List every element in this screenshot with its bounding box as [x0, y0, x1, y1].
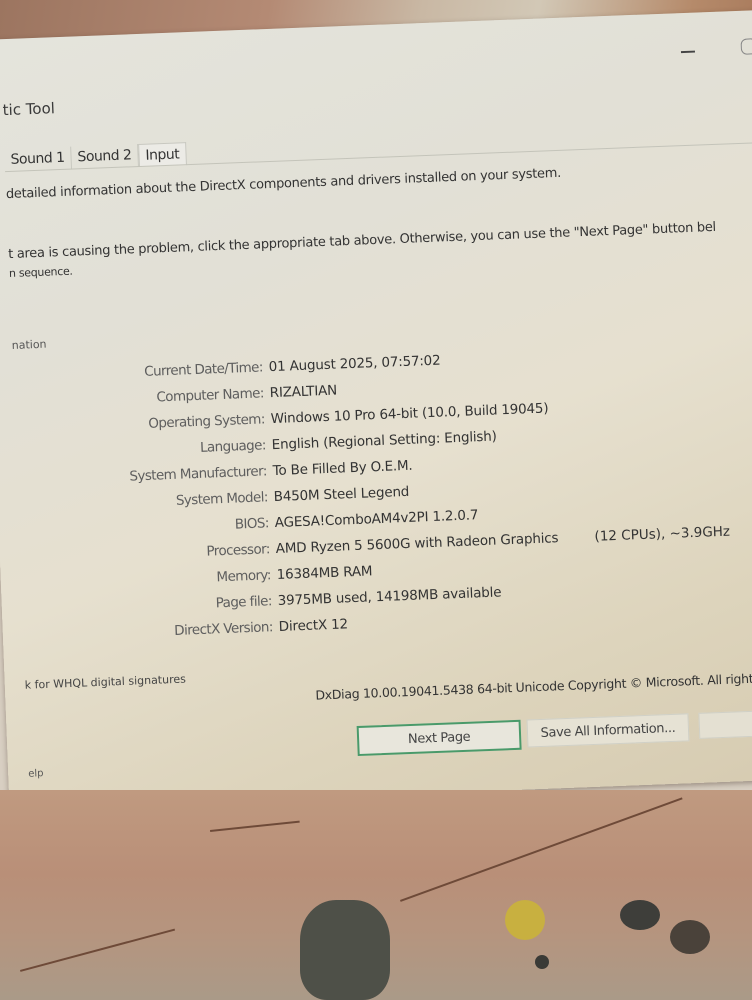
info-value: English (Regional Setting: English)	[271, 428, 496, 453]
desk-stain	[535, 955, 549, 969]
info-row-memory: Memory:16384MB RAM	[21, 563, 373, 592]
info-label: Page file:	[22, 593, 272, 619]
desk-stain	[620, 900, 660, 930]
info-label: DirectX Version:	[23, 619, 273, 645]
save-all-information-button[interactable]: Save All Information...	[526, 713, 689, 747]
desk-stain	[300, 900, 390, 1000]
dxdiag-window: tic Tool Sound 1 Sound 2 Input detailed …	[0, 9, 752, 809]
info-value: 16384MB RAM	[276, 563, 372, 583]
info-row-computer-name: Computer Name:RIZALTIAN	[14, 383, 338, 411]
info-value: 01 August 2025, 07:57:02	[268, 353, 440, 376]
info-label: Processor:	[20, 541, 270, 567]
info-value: 3975MB used, 14198MB available	[277, 584, 501, 609]
info-label: BIOS:	[19, 515, 269, 541]
info-value: To Be Filled By O.E.M.	[272, 458, 412, 479]
info-value: RIZALTIAN	[269, 383, 337, 402]
desk-scratch	[210, 821, 300, 832]
whql-checkbox-label[interactable]: k for WHQL digital signatures	[25, 673, 187, 692]
info-label: Current Date/Time:	[13, 359, 263, 385]
intro-line-2: t area is causing the problem, click the…	[8, 220, 716, 262]
info-value: Windows 10 Pro 64-bit (10.0, Build 19045…	[270, 400, 548, 427]
section-title: nation	[12, 338, 47, 352]
intro-line-3: n sequence.	[9, 265, 73, 280]
info-label: Language:	[16, 437, 266, 463]
info-label: Computer Name:	[14, 385, 264, 411]
info-value: B450M Steel Legend	[273, 484, 409, 505]
tab-input[interactable]: Input	[138, 142, 187, 167]
info-label: Memory:	[21, 567, 271, 593]
window-title: tic Tool	[2, 99, 55, 119]
exit-button[interactable]: E	[698, 709, 752, 739]
info-value: AMD Ryzen 5 5600G with Radeon Graphics	[275, 530, 558, 557]
desk-scratch	[20, 929, 175, 972]
desk-surface	[0, 790, 752, 1000]
next-page-button[interactable]: Next Page	[357, 720, 522, 756]
desk-scratch	[400, 797, 683, 901]
info-row-directx: DirectX Version:DirectX 12	[23, 616, 349, 644]
maximize-icon[interactable]	[741, 38, 752, 55]
info-label: System Model:	[18, 489, 268, 515]
desk-stain	[670, 920, 710, 954]
copyright-text: DxDiag 10.00.19041.5438 64-bit Unicode C…	[315, 671, 752, 703]
minimize-icon[interactable]	[681, 51, 695, 54]
info-extra: (12 CPUs), ~3.9GHz	[594, 524, 730, 545]
info-value: AGESA!ComboAM4v2PI 1.2.0.7	[274, 507, 478, 531]
info-row-manufacturer: System Manufacturer:To Be Filled By O.E.…	[17, 458, 413, 489]
info-row-date: Current Date/Time:01 August 2025, 07:57:…	[13, 353, 441, 385]
info-row-model: System Model:B450M Steel Legend	[18, 484, 410, 515]
info-label: Operating System:	[15, 411, 265, 437]
desk-stain	[505, 900, 545, 940]
info-label: System Manufacturer:	[17, 463, 267, 489]
info-value: DirectX 12	[278, 616, 348, 635]
help-button[interactable]: elp	[28, 768, 44, 780]
intro-line-1: detailed information about the DirectX c…	[6, 166, 562, 202]
